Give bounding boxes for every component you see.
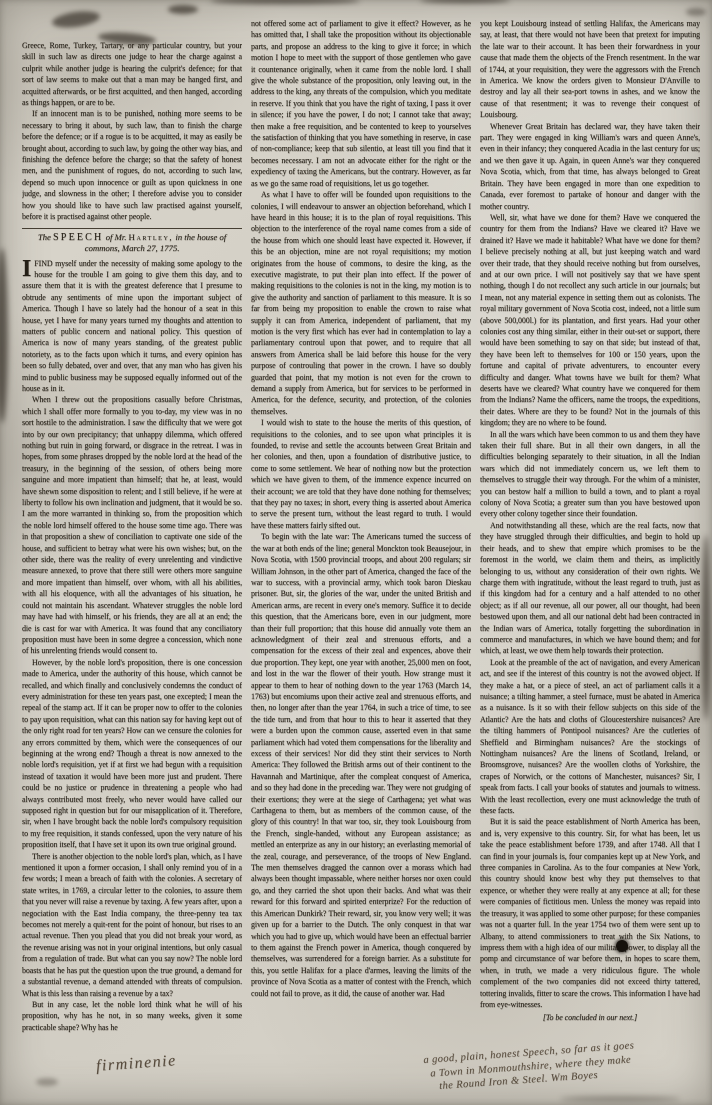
- body-paragraph: Well, sir, what have we done for them? H…: [480, 212, 700, 429]
- body-paragraph: Whenever Great Britain has declared war,…: [480, 121, 700, 212]
- heading-word: in the house of: [175, 232, 226, 242]
- body-paragraph: Greece, Rome, Turkey, Tartary, or any pa…: [22, 40, 242, 108]
- ink-smudge: [36, 1078, 58, 1086]
- ink-smudge: [168, 5, 198, 14]
- to-be-concluded-note: [To be concluded in our next.]: [480, 1012, 700, 1023]
- body-paragraph: In all the wars which have been common t…: [480, 429, 700, 520]
- scan-edge-shadow: [560, 1096, 680, 1102]
- body-paragraph: not offered some act of parliament to gi…: [251, 18, 471, 189]
- body-paragraph: To begin with the late war: The American…: [251, 531, 471, 999]
- scan-edge-shadow: [702, 535, 710, 720]
- body-paragraph: But in any case, let the noble lord thin…: [22, 999, 242, 1033]
- ink-smudge: [686, 8, 706, 16]
- body-paragraph: you kept Louisbourg instead of settling …: [480, 18, 700, 121]
- paragraph-text: FIND myself under the necessity of makin…: [22, 259, 242, 393]
- column-right: you kept Louisbourg instead of settling …: [480, 18, 700, 1093]
- scan-edge-shadow: [420, 0, 510, 3]
- body-paragraph: I would wish to state to the house the m…: [251, 417, 471, 531]
- column-middle: not offered some act of parliament to gi…: [251, 18, 471, 1093]
- column-left: Greece, Rome, Turkey, Tartary, or any pa…: [22, 18, 242, 1093]
- body-paragraph: If an innocent man is to be punished, no…: [22, 108, 242, 222]
- heading-speaker-name: Hartley,: [129, 232, 174, 242]
- heading-word-speech: SPEECH: [53, 232, 103, 243]
- body-paragraph: However, by the noble lord's proposition…: [22, 657, 242, 851]
- ink-blot: [616, 940, 628, 952]
- body-paragraph: But it is said the peace establishment o…: [480, 816, 700, 1010]
- printed-text-region: Greece, Rome, Turkey, Tartary, or any pa…: [22, 18, 700, 1093]
- scan-edge-shadow: [210, 0, 360, 4]
- scanned-newspaper-page: { "style": { "paper_color": "#d6d2c8", "…: [0, 0, 712, 1105]
- drop-cap: I: [22, 258, 34, 279]
- heading-date-line: commons, March 27, 1775.: [22, 243, 242, 255]
- heading-word: The: [38, 232, 51, 242]
- heading-word: of Mr.: [106, 232, 127, 242]
- scan-edge-shadow: [0, 248, 8, 423]
- body-paragraph: As what I have to offer will be founded …: [251, 189, 471, 417]
- body-paragraph: Look at the preamble of the act of navig…: [480, 657, 700, 817]
- body-paragraph: There is another objection to the noble …: [22, 851, 242, 999]
- body-paragraph: And notwithstanding all these, which are…: [480, 520, 700, 657]
- body-paragraph: When I threw out the propositions casual…: [22, 394, 242, 656]
- body-paragraph-opening: I FIND myself under the necessity of mak…: [22, 258, 242, 395]
- article-heading: The SPEECH of Mr. Hartley, in the house …: [22, 228, 242, 255]
